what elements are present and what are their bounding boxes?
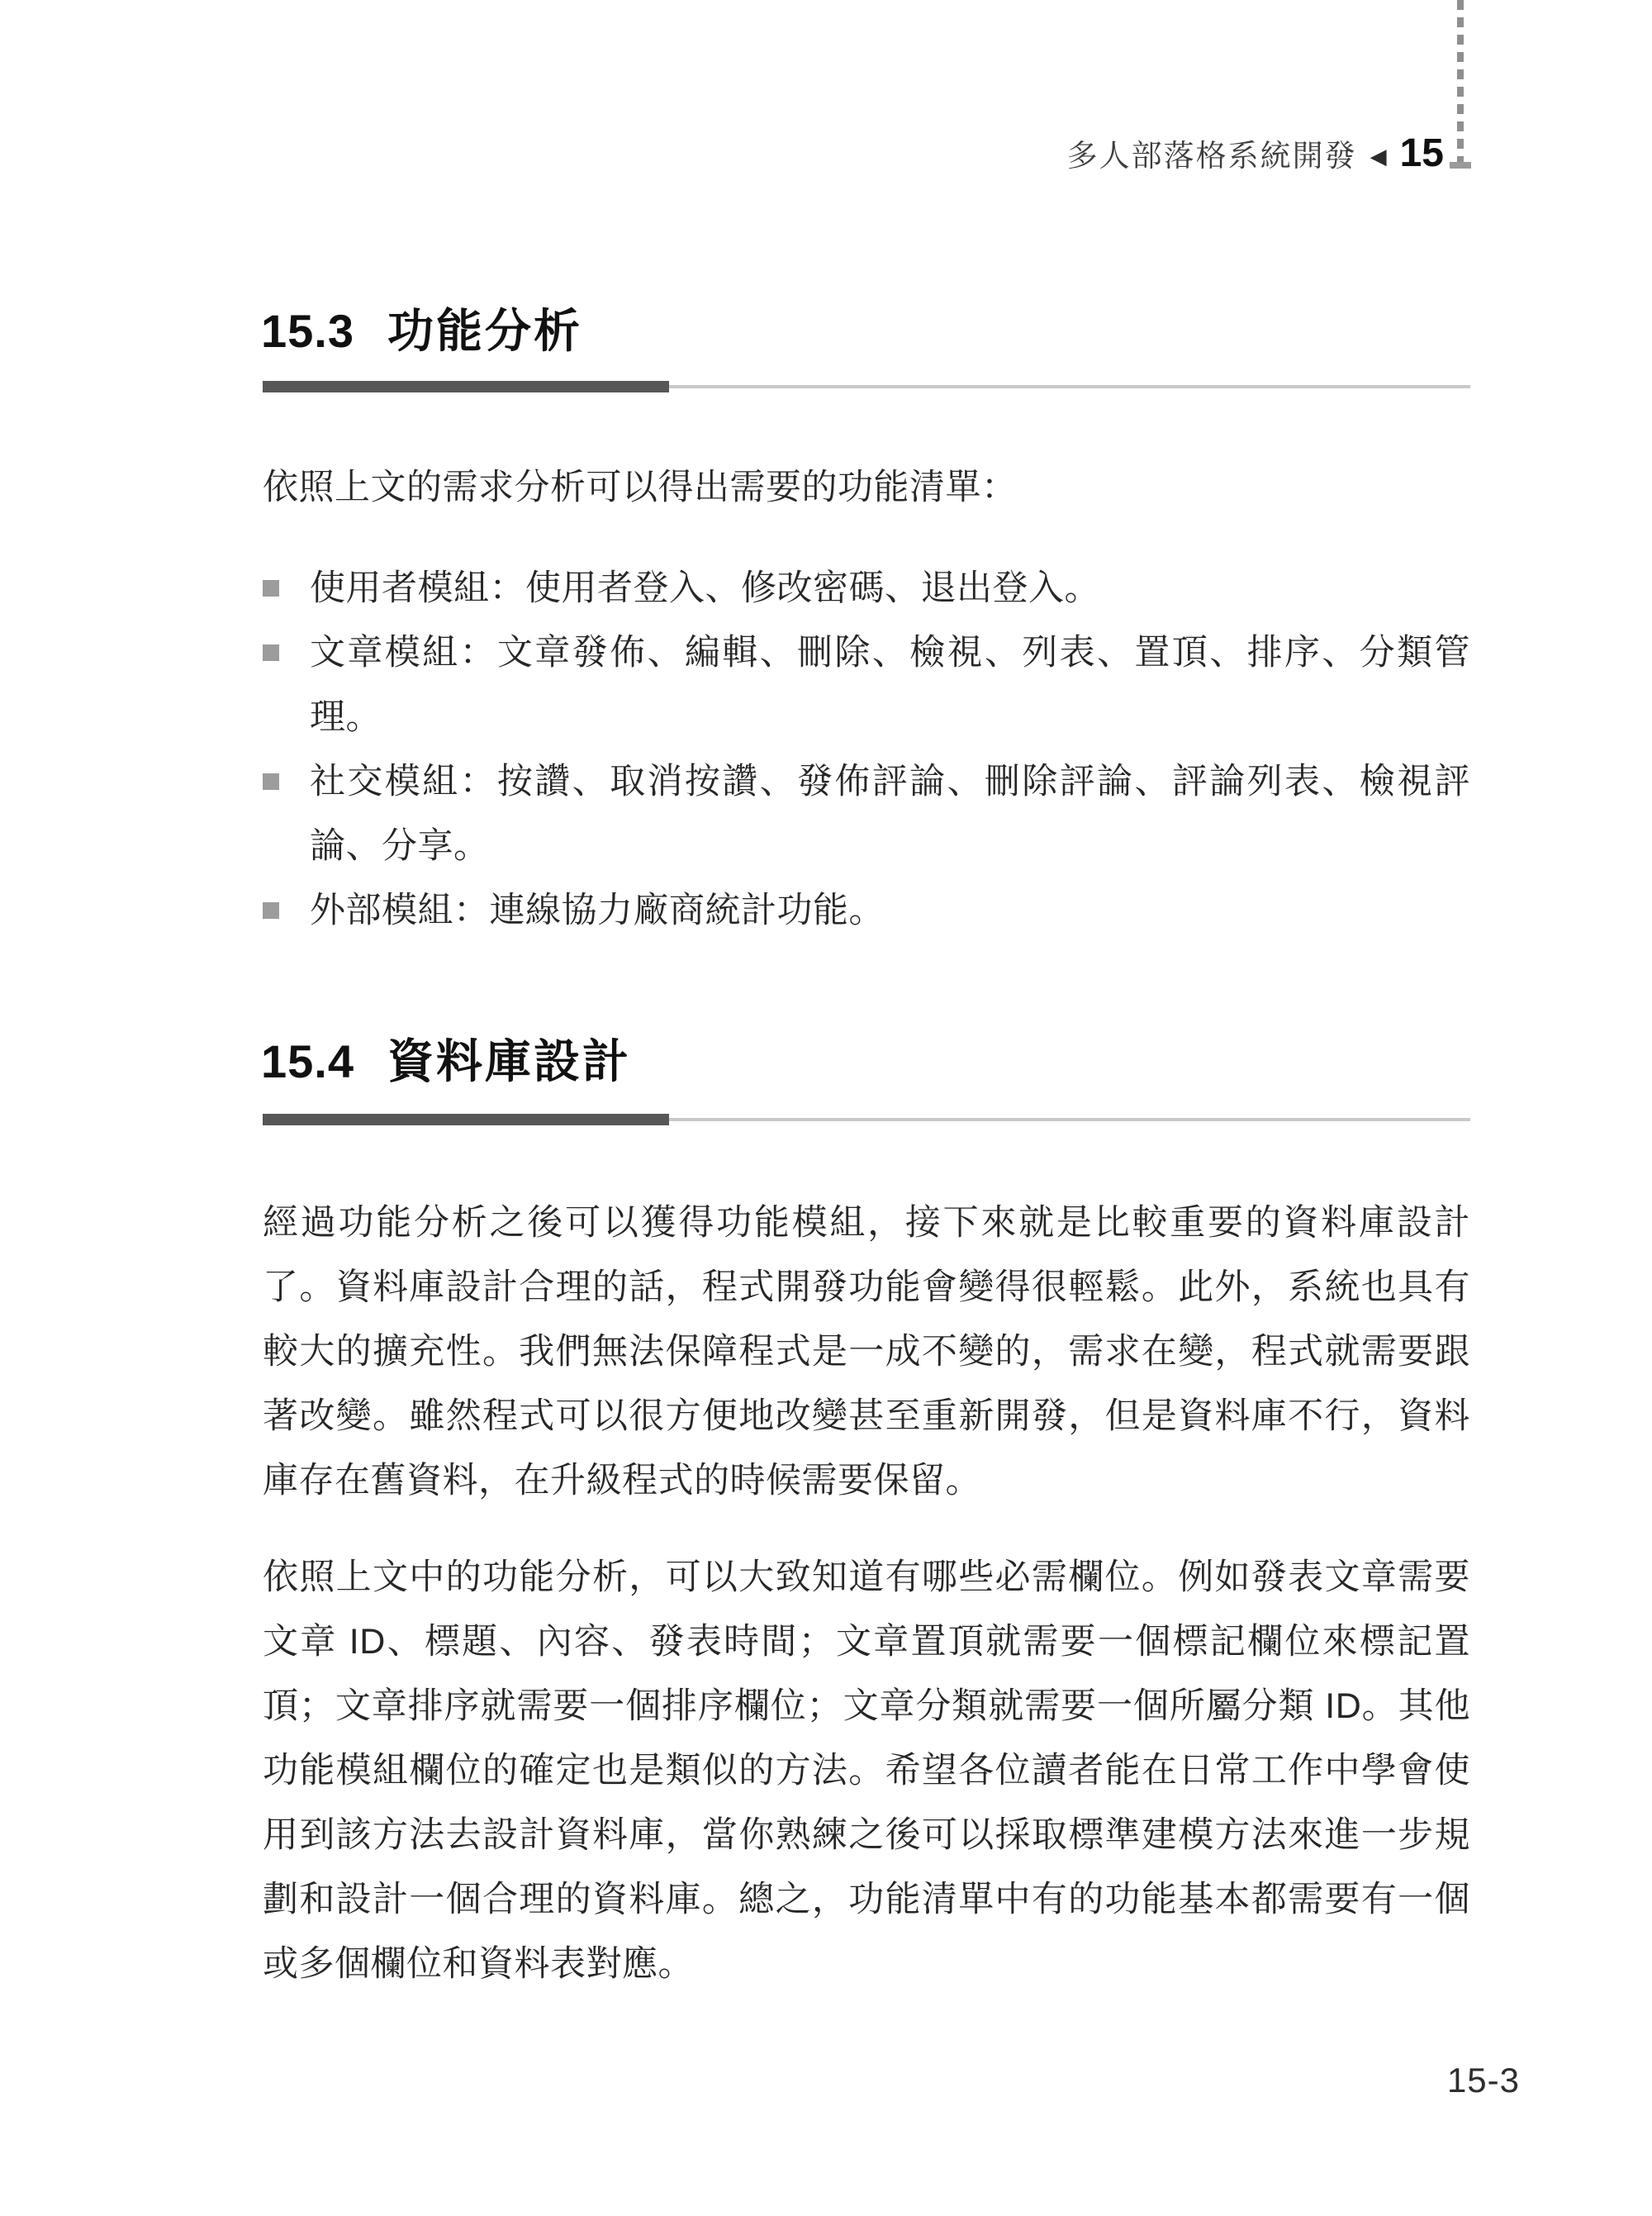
section-number: 15.4	[261, 1033, 354, 1091]
bullet-square-icon	[263, 644, 279, 661]
heading-rule-light	[669, 385, 1470, 388]
section-heading-15-4: 15.4 資料庫設計	[261, 1033, 631, 1091]
dotted-trim-line-end	[1450, 162, 1471, 169]
running-head-chapter-title: 多人部落格系統開發	[1067, 131, 1357, 175]
section-title: 資料庫設計	[387, 1033, 631, 1091]
paragraph-body: 經過功能分析之後可以獲得功能模組，接下來就是比較重要的資料庫設計了。資料庫設計合…	[263, 1191, 1470, 1513]
heading-rule-dark	[263, 381, 669, 392]
chapter-arrow-icon: ◀	[1370, 144, 1387, 169]
book-page: 多人部落格系統開發 ◀ 15 15.3 功能分析 依照上文的需求分析可以得出需要…	[0, 0, 1652, 2216]
paragraph-body: 依照上文中的功能分析，可以大致知道有哪些必需欄位。例如發表文章需要文章 ID、標…	[263, 1545, 1470, 1996]
section-number: 15.3	[261, 302, 354, 360]
section-title: 功能分析	[387, 302, 582, 360]
list-item-text: 社交模組：按讚、取消按讚、發佈評論、刪除評論、評論列表、檢視評論、分享。	[310, 749, 1470, 878]
list-item: 使用者模組：使用者登入、修改密碼、退出登入。	[263, 556, 1470, 621]
list-item-text: 外部模組：連線協力廠商統計功能。	[310, 878, 1470, 943]
bullet-square-icon	[263, 902, 279, 919]
running-head-chapter-number: 15	[1400, 131, 1444, 176]
list-item-text: 文章模組：文章發佈、編輯、刪除、檢視、列表、置頂、排序、分類管理。	[310, 621, 1470, 749]
feature-list: 使用者模組：使用者登入、修改密碼、退出登入。 文章模組：文章發佈、編輯、刪除、檢…	[263, 556, 1470, 943]
bullet-square-icon	[263, 580, 279, 597]
heading-rule-dark	[263, 1114, 669, 1125]
dotted-trim-line	[1457, 0, 1464, 162]
list-item: 外部模組：連線協力廠商統計功能。	[263, 878, 1470, 943]
list-item: 文章模組：文章發佈、編輯、刪除、檢視、列表、置頂、排序、分類管理。	[263, 621, 1470, 749]
bullet-square-icon	[263, 773, 279, 790]
paragraph-intro: 依照上文的需求分析可以得出需要的功能清單：	[263, 455, 1470, 520]
section-heading-15-3: 15.3 功能分析	[261, 302, 582, 360]
list-item: 社交模組：按讚、取消按讚、發佈評論、刪除評論、評論列表、檢視評論、分享。	[263, 749, 1470, 878]
heading-rule-light	[669, 1118, 1470, 1121]
page-number: 15-3	[1447, 2061, 1520, 2100]
running-head: 多人部落格系統開發 ◀ 15	[1067, 131, 1444, 176]
list-item-text: 使用者模組：使用者登入、修改密碼、退出登入。	[310, 556, 1470, 621]
